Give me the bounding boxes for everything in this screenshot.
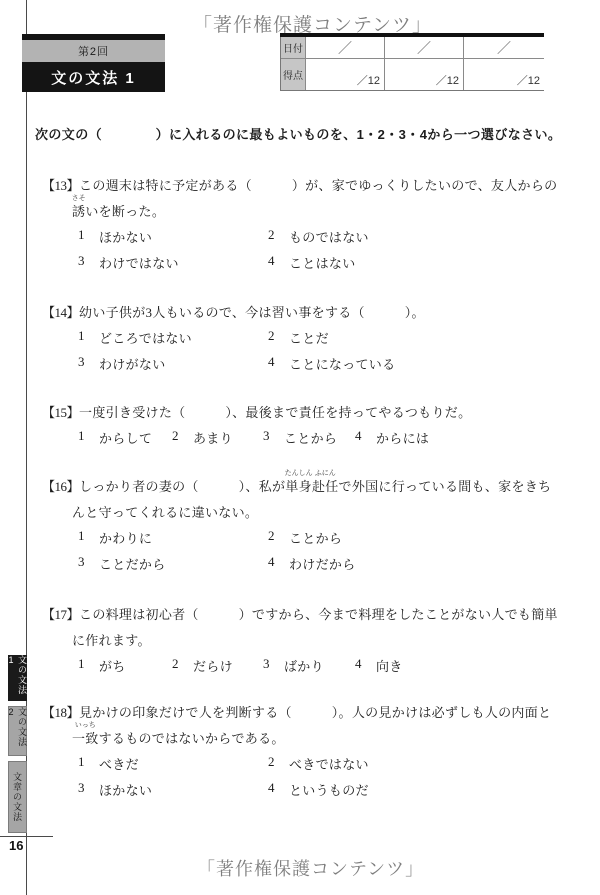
furigana-reading: さそ bbox=[72, 193, 86, 203]
question-text-line2: に作れます。 bbox=[72, 630, 572, 649]
option-3: 3わけがない bbox=[78, 354, 166, 373]
option-2: 2だらけ bbox=[172, 656, 233, 675]
question-text-line1: 一度引き受けた（ ）、最後まで責任を持ってやるつもりだ。 bbox=[79, 402, 471, 428]
question-17: 【17】 この料理は初心者（ ）ですから、今まで料理をしたことがない人でも簡単 … bbox=[42, 604, 572, 682]
sidebar-tab-bunsho: 文章の文法 bbox=[8, 761, 27, 833]
question-number: 【16】 bbox=[42, 476, 79, 502]
question-text-line2: 一致いっちするものではないからである。 bbox=[72, 728, 572, 747]
score-cell: ／12 bbox=[464, 59, 544, 90]
option-2: 2ことから bbox=[268, 528, 342, 547]
question-number: 【15】 bbox=[42, 402, 79, 428]
lesson-title: 文の文法 1 bbox=[22, 62, 165, 92]
furigana-reading: たんしん bbox=[285, 468, 313, 478]
date-score-table: 日付 ／ ／ ／ 得点 ／12 ／12 ／12 bbox=[280, 33, 544, 91]
question-14: 【14】 幼い子供が3人もいるので、今は習い事をする（ ）。 1どころではない … bbox=[42, 302, 572, 380]
question-18: 【18】 見かけの印象だけで人を判断する（ ）。人の見かけは必ずしも人の内面と … bbox=[42, 702, 572, 806]
furigana-base: 一致いっち bbox=[72, 728, 99, 747]
option-1: 1どころではない bbox=[78, 328, 192, 347]
option-3: 3ことだから bbox=[78, 554, 166, 573]
option-1: 1べきだ bbox=[78, 754, 139, 773]
option-1: 1かわりに bbox=[78, 528, 152, 547]
option-3: 3わけではない bbox=[78, 253, 179, 272]
question-text-line2: 誘さそいを断った。 bbox=[72, 201, 572, 220]
score-cell: ／12 bbox=[385, 59, 464, 90]
question-text-line1: しっかり者の妻の（ ）、私が単身たんしん赴任ふにんで外国に行っている間も、家をき… bbox=[79, 476, 551, 502]
date-cell: ／ bbox=[464, 37, 544, 59]
footer-divider-line bbox=[0, 836, 53, 837]
option-2: 2ものではない bbox=[268, 227, 369, 246]
question-13: 【13】 この週末は特に予定がある（ ）が、家でゆっくりしたいので、友人からの … bbox=[42, 175, 572, 279]
question-number: 【14】 bbox=[42, 302, 79, 328]
option-2: 2あまり bbox=[172, 428, 233, 447]
sidebar-tab-bunpo1: 文の文法1 bbox=[8, 655, 27, 701]
option-4: 4というものだ bbox=[268, 780, 369, 799]
option-1: 1ほかない bbox=[78, 227, 152, 246]
question-text-line2: んと守ってくれるに違いない。 bbox=[72, 502, 572, 521]
option-2: 2べきではない bbox=[268, 754, 369, 773]
scanned-test-page: 「著作権保護コンテンツ」 第2回 文の文法 1 日付 ／ ／ ／ 得点 ／12 … bbox=[0, 0, 600, 895]
page-number: 16 bbox=[9, 838, 23, 853]
furigana-base: 単身たんしん bbox=[285, 476, 312, 495]
section-instruction: 次の文の（ ）に入れるのに最もよいものを、1・2・3・4から一つ選びなさい。 bbox=[35, 124, 575, 143]
score-row-label: 得点 bbox=[281, 59, 306, 90]
furigana-reading: いっち bbox=[75, 720, 96, 730]
option-4: 4ことはない bbox=[268, 253, 356, 272]
question-text-line1: この料理は初心者（ ）ですから、今まで料理をしたことがない人でも簡単 bbox=[79, 604, 558, 630]
option-4: 4わけだから bbox=[268, 554, 356, 573]
score-cell: ／12 bbox=[306, 59, 385, 90]
date-cell: ／ bbox=[306, 37, 385, 59]
option-1: 1からして bbox=[78, 428, 152, 447]
furigana-reading: ふにん bbox=[315, 468, 336, 478]
option-4: 4ことになっている bbox=[268, 354, 395, 373]
option-3: 3ほかない bbox=[78, 780, 152, 799]
option-4: 4向き bbox=[355, 656, 403, 675]
date-cell: ／ bbox=[385, 37, 464, 59]
option-3: 3ことから bbox=[263, 428, 337, 447]
furigana-base: 誘さそ bbox=[72, 201, 85, 220]
lesson-round-label: 第2回 bbox=[22, 40, 165, 62]
question-15: 【15】 一度引き受けた（ ）、最後まで責任を持ってやるつもりだ。 1からして … bbox=[42, 402, 572, 454]
sidebar-tab-bunpo2: 文の文法2 bbox=[8, 706, 27, 756]
question-number: 【18】 bbox=[42, 702, 79, 728]
option-1: 1がち bbox=[78, 656, 126, 675]
question-16: 【16】 しっかり者の妻の（ ）、私が単身たんしん赴任ふにんで外国に行っている間… bbox=[42, 476, 572, 580]
copyright-watermark-bottom: 「著作権保護コンテンツ」 bbox=[197, 855, 424, 881]
furigana-base: 赴任ふにん bbox=[312, 476, 339, 495]
question-number: 【17】 bbox=[42, 604, 79, 630]
option-4: 4からには bbox=[355, 428, 429, 447]
question-text-line1: 幼い子供が3人もいるので、今は習い事をする（ ）。 bbox=[79, 302, 425, 328]
option-3: 3ばかり bbox=[263, 656, 324, 675]
lesson-header-box: 第2回 文の文法 1 bbox=[22, 34, 165, 92]
date-row-label: 日付 bbox=[281, 37, 306, 59]
option-2: 2ことだ bbox=[268, 328, 329, 347]
question-text-line1: 見かけの印象だけで人を判断する（ ）。人の見かけは必ずしも人の内面と bbox=[79, 702, 551, 728]
question-text-line1: この週末は特に予定がある（ ）が、家でゆっくりしたいので、友人からの bbox=[79, 175, 557, 201]
